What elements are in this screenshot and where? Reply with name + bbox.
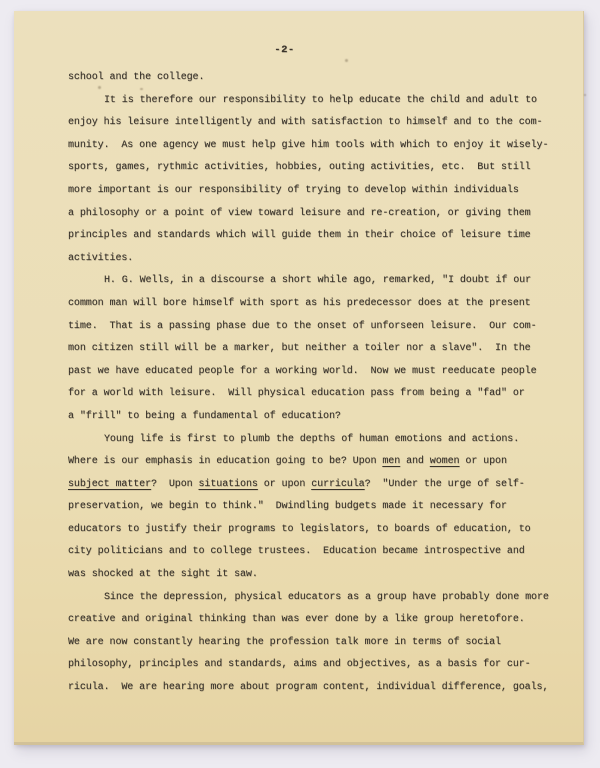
paper-speck <box>345 59 348 62</box>
text-line: creative and original thinking than was … <box>68 609 563 632</box>
text-line: munity. As one agency we must help give … <box>68 135 563 158</box>
text-line: Since the depression, physical educators… <box>68 587 563 610</box>
text-line: activities. <box>68 248 563 271</box>
text-line: philosophy, principles and standards, ai… <box>68 654 563 677</box>
text-line: mon citizen still will be a marker, but … <box>68 338 563 361</box>
text-line: a "frill" to being a fundamental of educ… <box>68 406 563 429</box>
document-body: school and the college.It is therefore o… <box>68 67 563 700</box>
text-line: preservation, we begin to think." Dwindl… <box>68 496 563 519</box>
paper-speck <box>584 94 586 96</box>
text-line: It is therefore our responsibility to he… <box>68 90 563 113</box>
text-line: enjoy his leisure intelligently and with… <box>68 112 563 135</box>
text-line: a philosophy or a point of view toward l… <box>68 203 563 226</box>
text-line: sports, games, rythmic activities, hobbi… <box>68 157 563 180</box>
paper-speck <box>140 88 143 90</box>
text-line: H. G. Wells, in a discourse a short whil… <box>68 270 563 293</box>
text-line: educators to justify their programs to l… <box>68 519 563 542</box>
text-line: for a world with leisure. Will physical … <box>68 383 563 406</box>
text-line: Young life is first to plumb the depths … <box>68 429 563 452</box>
text-line: We are now constantly hearing the profes… <box>68 632 563 655</box>
text-line: more important is our responsibility of … <box>68 180 563 203</box>
paper-speck <box>98 86 101 89</box>
text-line: was shocked at the sight it saw. <box>68 564 563 587</box>
document-page: -2- school and the college.It is therefo… <box>14 11 584 745</box>
text-line: city politicians and to college trustees… <box>68 541 563 564</box>
text-line: subject matter? Upon situations or upon … <box>68 474 563 497</box>
scanned-document-view: -2- school and the college.It is therefo… <box>0 0 600 768</box>
text-line: principles and standards which will guid… <box>68 225 563 248</box>
text-line: Where is our emphasis in education going… <box>68 451 563 474</box>
text-line: school and the college. <box>68 67 563 90</box>
text-line: past we have educated people for a worki… <box>68 361 563 384</box>
text-line: common man will bore himself with sport … <box>68 293 563 316</box>
text-line: time. That is a passing phase due to the… <box>68 316 563 339</box>
page-number: -2- <box>0 44 569 67</box>
text-line: ricula. We are hearing more about progra… <box>68 677 563 700</box>
